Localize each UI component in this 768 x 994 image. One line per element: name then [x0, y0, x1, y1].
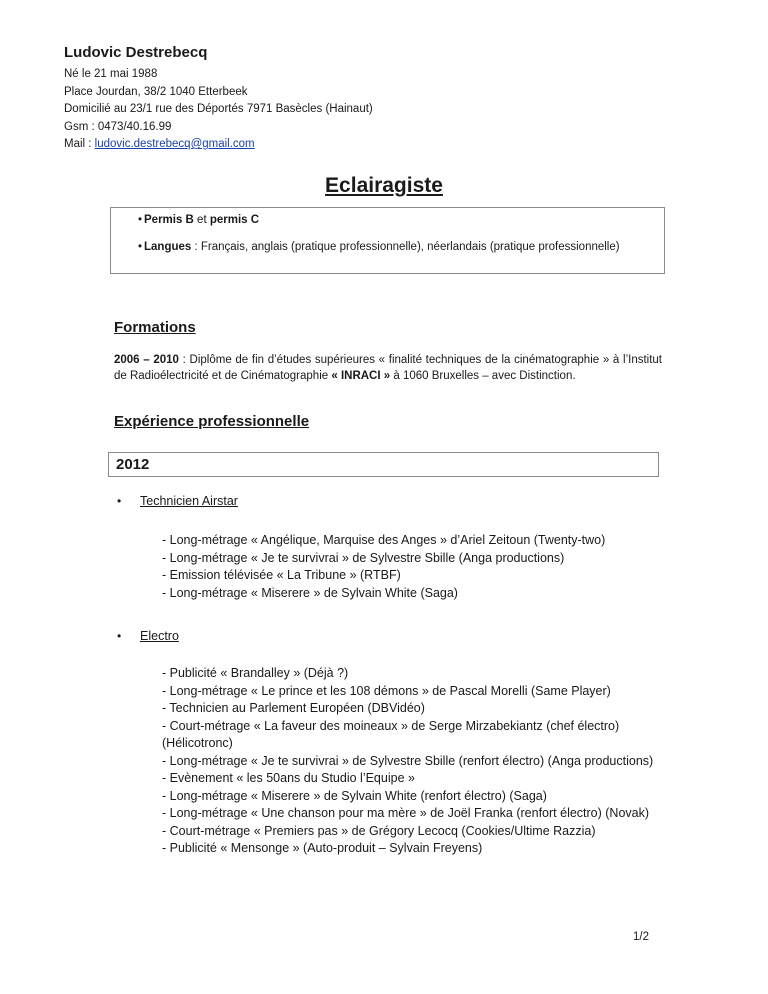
languages-label: Langues [144, 241, 191, 253]
formation-period: 2006 – 2010 [114, 354, 179, 366]
formation-entry: 2006 – 2010 : Diplôme de fin d’études su… [114, 352, 662, 384]
credit-item: - Long-métrage « Miserere » de Sylvain W… [162, 585, 662, 603]
bullet-icon: • [138, 212, 142, 228]
credit-item: - Long-métrage « Angélique, Marquise des… [162, 532, 662, 550]
job-title: Electro [140, 629, 179, 643]
contact-block: Ludovic Destrebecq Né le 21 mai 1988 Pla… [64, 42, 373, 154]
job-title-heading: Eclairagiste [0, 172, 768, 200]
experience-heading: Expérience professionnelle [114, 412, 309, 432]
credits-list: - Long-métrage « Angélique, Marquise des… [162, 532, 662, 602]
formations-heading: Formations [114, 318, 196, 338]
skills-box: • Permis B et permis C • Langues : Franç… [110, 207, 665, 274]
credit-item: - Technicien au Parlement Européen (DBVi… [162, 700, 662, 718]
cv-page: Ludovic Destrebecq Né le 21 mai 1988 Pla… [0, 0, 768, 994]
formation-school: « INRACI » [331, 370, 390, 382]
formation-text-end: à 1060 Bruxelles – avec Distinction. [390, 370, 575, 382]
phone: Gsm : 0473/40.16.99 [64, 119, 373, 137]
languages-item: • Langues : Français, anglais (pratique … [144, 239, 654, 255]
address: Place Jourdan, 38/2 1040 Etterbeek [64, 84, 373, 102]
credit-item: - Publicité « Mensonge » (Auto-produit –… [162, 840, 662, 858]
bullet-icon: • [117, 629, 121, 643]
credit-item: - Long-métrage « Je te survivrai » de Sy… [162, 550, 662, 568]
credit-item: - Evènement « les 50ans du Studio l’Equi… [162, 770, 662, 788]
licence-c: permis C [210, 214, 259, 226]
credit-item: - Long-métrage « Miserere » de Sylvain W… [162, 788, 662, 806]
year-box: 2012 [108, 452, 659, 477]
licence-b: Permis B [144, 214, 194, 226]
credit-item: - Long-métrage « Le prince et les 108 dé… [162, 683, 662, 701]
credit-item: - Publicité « Brandalley » (Déjà ?) [162, 665, 662, 683]
page-number: 1/2 [633, 931, 649, 943]
mail-label: Mail : [64, 138, 95, 150]
credit-item: - Emission télévisée « La Tribune » (RTB… [162, 567, 662, 585]
credit-item: - Court-métrage « La faveur des moineaux… [162, 718, 662, 753]
licence-item: • Permis B et permis C [144, 212, 654, 228]
candidate-name: Ludovic Destrebecq [64, 42, 373, 64]
job-title: Technicien Airstar [140, 494, 238, 508]
domicile: Domicilié au 23/1 rue des Déportés 7971 … [64, 101, 373, 119]
credit-item: - Court-métrage « Premiers pas » de Grég… [162, 823, 662, 841]
credit-item: - Long-métrage « Une chanson pour ma mèr… [162, 805, 662, 823]
bullet-icon: • [117, 494, 121, 508]
mail-line: Mail : ludovic.destrebecq@gmail.com [64, 136, 373, 154]
credit-item: - Long-métrage « Je te survivrai » de Sy… [162, 753, 662, 771]
credits-list: - Publicité « Brandalley » (Déjà ?) - Lo… [162, 665, 662, 858]
birth-date: Né le 21 mai 1988 [64, 66, 373, 84]
email-link[interactable]: ludovic.destrebecq@gmail.com [95, 138, 255, 150]
licence-connector: et [194, 214, 210, 226]
bullet-icon: • [138, 239, 142, 255]
languages-text: : Français, anglais (pratique profession… [191, 241, 619, 253]
